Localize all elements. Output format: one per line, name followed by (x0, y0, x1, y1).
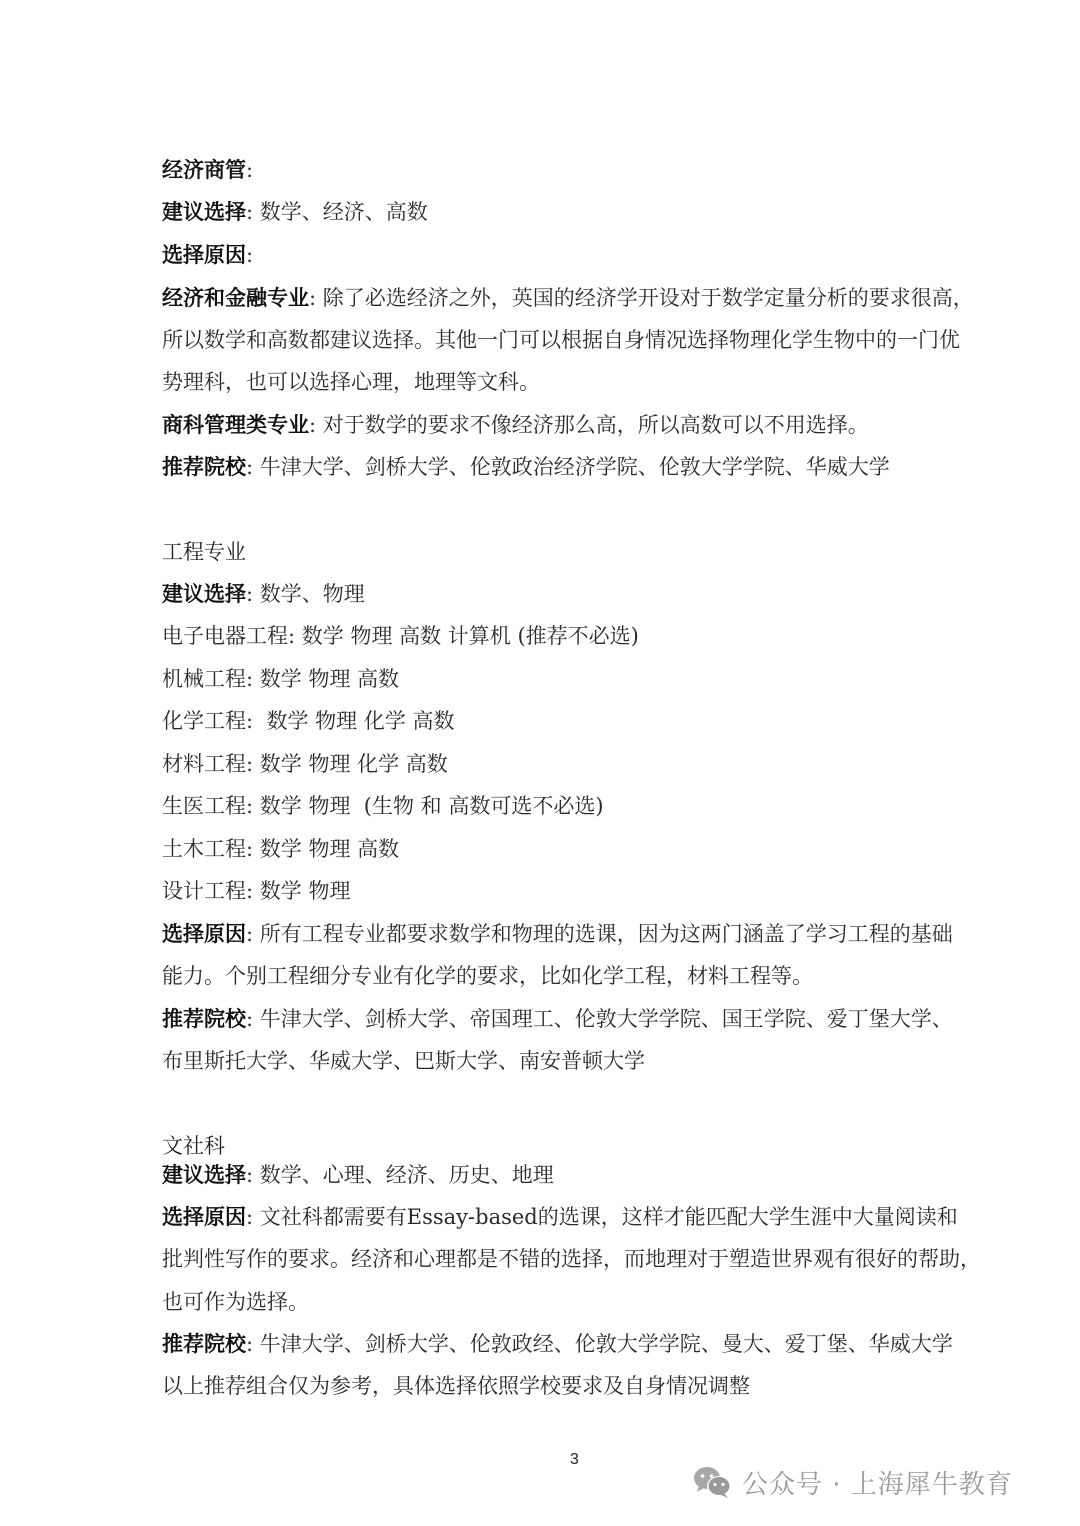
section-heading-humanities: 文社科 (162, 1131, 225, 1161)
paragraph-text: 能力。个别工程细分专业有化学的要求，比如化学工程，材料工程等。 (162, 964, 813, 988)
colon: : (246, 455, 253, 479)
schools-line-engineering-2: 布里斯托大学、华威大学、巴斯大学、南安普顿大学 (162, 1046, 645, 1076)
colon: : (288, 624, 295, 648)
paragraph-text: 除了必选经济之外，英国的经济学开设对于数学定量分析的要求很高， (323, 286, 974, 310)
colon: : (246, 879, 253, 903)
major-line: 设计工程: 数学 物理 (162, 876, 350, 906)
paragraph-text: 势理科，也可以选择心理，地理等文科。 (162, 370, 540, 394)
colon: : (246, 1205, 253, 1229)
suggest-label: 建议选择 (162, 1163, 246, 1187)
colon: : (246, 794, 253, 818)
major-line: 电子电器工程: 数学 物理 高数 计算机 (推荐不必选) (162, 621, 639, 651)
reason-line-humanities-3: 也可作为选择。 (162, 1287, 309, 1317)
colon: : (246, 1007, 253, 1031)
major-name: 设计工程 (162, 879, 246, 903)
major-name: 材料工程 (162, 752, 246, 776)
suggest-line-economics: 建议选择: 数学、经济、高数 (162, 197, 428, 227)
subsection-business-mgmt: 商科管理类专业: 对于数学的要求不像经济那么高，所以高数可以不用选择。 (162, 410, 869, 440)
suggest-value: 数学、经济、高数 (260, 200, 428, 224)
reason-line-engineering-1: 选择原因: 所有工程专业都要求数学和物理的选课，因为这两门涵盖了学习工程的基础 (162, 919, 953, 949)
colon: : (246, 709, 253, 733)
paragraph-text: 文社科都需要有Essay-based的选课，这样才能匹配大学生涯中大量阅读和 (260, 1205, 958, 1229)
suggest-value: 数学、心理、经济、历史、地理 (260, 1163, 554, 1187)
major-subjects: 数学 物理 化学 高数 (260, 709, 455, 733)
colon: : (246, 582, 253, 606)
schools-label: 推荐院校 (162, 1332, 246, 1356)
page-number: 3 (570, 1451, 579, 1469)
major-name: 土木工程 (162, 837, 246, 861)
schools-label: 推荐院校 (162, 1007, 246, 1031)
major-subjects: 数学 物理 高数 (260, 837, 399, 861)
major-line: 机械工程: 数学 物理 高数 (162, 664, 399, 694)
colon: : (246, 200, 253, 224)
schools-list: 牛津大学、剑桥大学、伦敦政经、伦敦大学学院、曼大、爱丁堡、华威大学 (260, 1332, 953, 1356)
major-name: 化学工程 (162, 709, 246, 733)
watermark-text: 公众号 · 上海犀牛教育 (742, 1464, 1013, 1501)
major-subjects: 数学 物理 (260, 879, 351, 903)
major-line: 化学工程: 数学 物理 化学 高数 (162, 706, 454, 736)
section-title: 经济商管 (162, 158, 246, 182)
major-name: 生医工程 (162, 794, 246, 818)
major-line: 生医工程: 数学 物理 (生物 和 高数可选不必选) (162, 791, 604, 821)
note-text: 以上推荐组合仅为参考，具体选择依照学校要求及自身情况调整 (162, 1374, 750, 1398)
suggest-value: 数学、物理 (260, 582, 365, 606)
schools-line-humanities: 推荐院校: 牛津大学、剑桥大学、伦敦政经、伦敦大学学院、曼大、爱丁堡、华威大学 (162, 1329, 953, 1359)
colon: : (246, 243, 253, 267)
reason-line-humanities-1: 选择原因: 文社科都需要有Essay-based的选课，这样才能匹配大学生涯中大… (162, 1202, 958, 1232)
major-subjects: 数学 物理 化学 高数 (260, 752, 448, 776)
section-heading-engineering: 工程专业 (162, 537, 246, 567)
major-line: 土木工程: 数学 物理 高数 (162, 834, 399, 864)
major-subjects: 数学 物理 高数 计算机 (推荐不必选) (302, 624, 639, 648)
watermark: 公众号 · 上海犀牛教育 (692, 1462, 1013, 1502)
suggest-label: 建议选择 (162, 582, 246, 606)
paragraph-text: 对于数学的要求不像经济那么高，所以高数可以不用选择。 (323, 413, 869, 437)
major-subjects: 数学 物理 (生物 和 高数可选不必选) (260, 794, 604, 818)
schools-label: 推荐院校 (162, 455, 246, 479)
subsection-econ-finance-line-1: 经济和金融专业: 除了必选经济之外，英国的经济学开设对于数学定量分析的要求很高， (162, 283, 974, 313)
colon: : (309, 413, 316, 437)
paragraph-text: 所以数学和高数都建议选择。其他一门可以根据自身情况选择物理化学生物中的一门优 (162, 328, 960, 352)
suggest-label: 建议选择 (162, 200, 246, 224)
suggest-line-engineering: 建议选择: 数学、物理 (162, 579, 365, 609)
reason-label: 选择原因 (162, 1205, 246, 1229)
disclaimer-note: 以上推荐组合仅为参考，具体选择依照学校要求及自身情况调整 (162, 1371, 750, 1401)
colon: : (246, 667, 253, 691)
document-page: 经济商管: 建议选择: 数学、经济、高数 选择原因: 经济和金融专业: 除了必选… (0, 0, 1080, 1526)
reason-line-humanities-2: 批判性写作的要求。经济和心理都是不错的选择，而地理对于塑造世界观有很好的帮助， (162, 1244, 981, 1274)
paragraph-text: 也可作为选择。 (162, 1290, 309, 1314)
subsection-econ-finance-line-2: 所以数学和高数都建议选择。其他一门可以根据自身情况选择物理化学生物中的一门优 (162, 325, 960, 355)
major-name: 电子电器工程 (162, 624, 288, 648)
section-heading-economics: 经济商管: (162, 155, 253, 185)
subsection-label: 经济和金融专业 (162, 286, 309, 310)
colon: : (246, 1332, 253, 1356)
major-name: 机械工程 (162, 667, 246, 691)
colon: : (246, 752, 253, 776)
wechat-icon (692, 1464, 734, 1500)
colon: : (246, 1163, 253, 1187)
subsection-label: 商科管理类专业 (162, 413, 309, 437)
schools-line-economics: 推荐院校: 牛津大学、剑桥大学、伦敦政治经济学院、伦敦大学学院、华威大学 (162, 452, 890, 482)
schools-list: 牛津大学、剑桥大学、伦敦政治经济学院、伦敦大学学院、华威大学 (260, 455, 890, 479)
reason-label: 选择原因 (162, 922, 246, 946)
major-subjects: 数学 物理 高数 (260, 667, 399, 691)
colon: : (246, 158, 253, 182)
colon: : (309, 286, 316, 310)
paragraph-text: 批判性写作的要求。经济和心理都是不错的选择，而地理对于塑造世界观有很好的帮助， (162, 1247, 981, 1271)
subsection-econ-finance-line-3: 势理科，也可以选择心理，地理等文科。 (162, 367, 540, 397)
paragraph-text: 所有工程专业都要求数学和物理的选课，因为这两门涵盖了学习工程的基础 (260, 922, 953, 946)
major-line: 材料工程: 数学 物理 化学 高数 (162, 749, 448, 779)
section-title: 文社科 (162, 1134, 225, 1158)
reason-heading-economics: 选择原因: (162, 240, 253, 270)
schools-list: 布里斯托大学、华威大学、巴斯大学、南安普顿大学 (162, 1049, 645, 1073)
colon: : (246, 837, 253, 861)
schools-line-engineering-1: 推荐院校: 牛津大学、剑桥大学、帝国理工、伦敦大学学院、国王学院、爱丁堡大学、 (162, 1004, 953, 1034)
suggest-line-humanities: 建议选择: 数学、心理、经济、历史、地理 (162, 1160, 554, 1190)
section-title: 工程专业 (162, 540, 246, 564)
reason-line-engineering-2: 能力。个别工程细分专业有化学的要求，比如化学工程，材料工程等。 (162, 961, 813, 991)
colon: : (246, 922, 253, 946)
reason-label: 选择原因 (162, 243, 246, 267)
schools-list: 牛津大学、剑桥大学、帝国理工、伦敦大学学院、国王学院、爱丁堡大学、 (260, 1007, 953, 1031)
